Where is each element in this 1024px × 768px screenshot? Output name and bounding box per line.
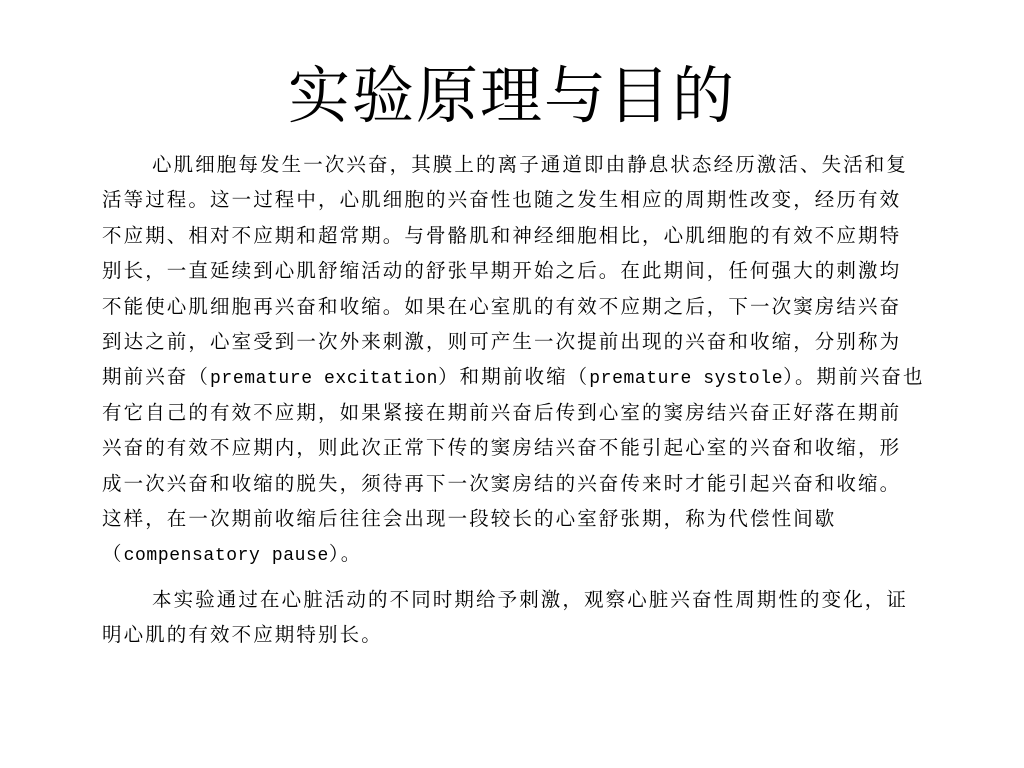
text-line: 明心肌的有效不应期特别长。 [102,617,962,652]
slide-body: 心肌细胞每发生一次兴奋，其膜上的离子通道即由静息状态经历激活、失活和复 活等过程… [102,147,962,652]
text-line: 不应期、相对不应期和超常期。与骨骼肌和神经细胞相比，心肌细胞的有效不应期特 [102,218,962,253]
text-line-with-terms: （compensatory pause）。 [102,536,962,571]
text-segment: ）。 [329,542,362,565]
text-line: 本实验通过在心脏活动的不同时期给予刺激，观察心脏兴奋性周期性的变化，证 [102,582,962,617]
text-segment: ）和期前收缩（ [438,365,589,388]
text-line: 成一次兴奋和收缩的脱失，须待再下一次窦房结的兴奋传来时才能引起兴奋和收缩。 [102,466,962,501]
text-segment: ）。期前兴奋也 [783,365,924,388]
text-line: 别长，一直延续到心肌舒缩活动的舒张早期开始之后。在此期间，任何强大的刺激均 [102,253,962,288]
text-line: 兴奋的有效不应期内，则此次正常下传的窦房结兴奋不能引起心室的兴奋和收缩，形 [102,430,962,465]
paragraph-principle: 心肌细胞每发生一次兴奋，其膜上的离子通道即由静息状态经历激活、失活和复 活等过程… [102,147,962,572]
slide-title: 实验原理与目的 [0,58,1024,134]
term-compensatory-pause: compensatory pause [124,546,329,566]
text-segment: （ [102,542,124,565]
text-line: 到达之前，心室受到一次外来刺激，则可产生一次提前出现的兴奋和收缩，分别称为 [102,324,962,359]
text-segment: 期前兴奋（ [102,365,210,388]
text-line: 这样，在一次期前收缩后往往会出现一段较长的心室舒张期，称为代偿性间歇 [102,501,962,536]
text-line-with-terms: 期前兴奋（premature excitation）和期前收缩（prematur… [102,359,962,394]
paragraph-purpose: 本实验通过在心脏活动的不同时期给予刺激，观察心脏兴奋性周期性的变化，证 明心肌的… [102,582,962,653]
text-line: 心肌细胞每发生一次兴奋，其膜上的离子通道即由静息状态经历激活、失活和复 [102,147,962,182]
text-line: 有它自己的有效不应期，如果紧接在期前兴奋后传到心室的窦房结兴奋正好落在期前 [102,395,962,430]
slide: 实验原理与目的 心肌细胞每发生一次兴奋，其膜上的离子通道即由静息状态经历激活、失… [0,0,1024,768]
term-premature-excitation: premature excitation [210,369,438,389]
term-premature-systole: premature systole [589,369,783,389]
text-line: 活等过程。这一过程中，心肌细胞的兴奋性也随之发生相应的周期性改变，经历有效 [102,182,962,217]
text-line: 不能使心肌细胞再兴奋和收缩。如果在心室肌的有效不应期之后，下一次窦房结兴奋 [102,289,962,324]
